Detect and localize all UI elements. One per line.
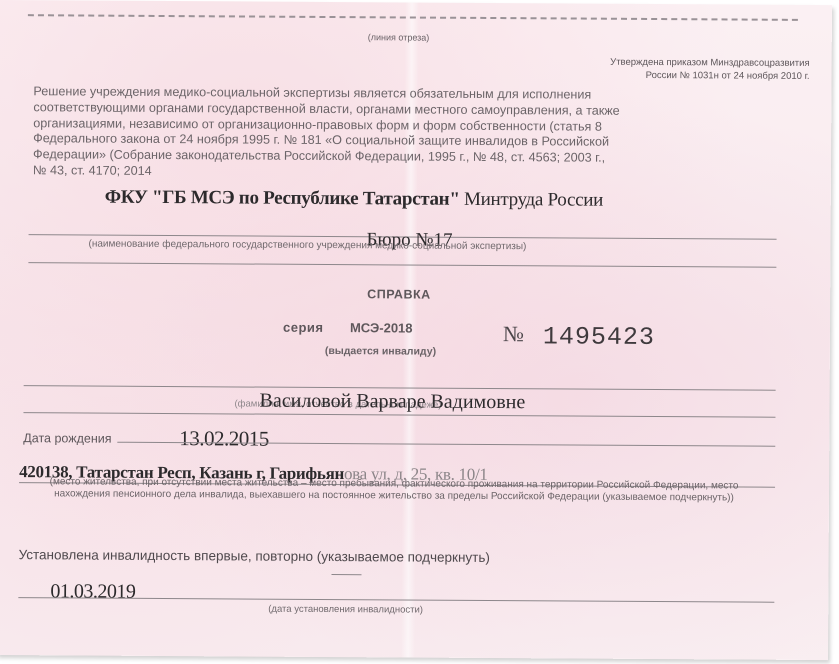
birth-date-value: 13.02.2015: [179, 426, 269, 452]
recipient-full-name: Василовой Варваре Вадимовне: [259, 390, 525, 415]
series-label: серия: [283, 320, 324, 335]
organization-caption: (наименование федерального государственн…: [88, 239, 526, 253]
disability-date-caption: (дата установления инвалидности): [268, 604, 423, 616]
organization-name: ФКУ "ГБ МСЭ по Республике Татарстан" Мин…: [105, 187, 603, 212]
disability-certificate: (линия отреза) Утверждена приказом Минзд…: [0, 0, 832, 660]
address-caption: (место жительства, при отсутствии места …: [49, 476, 739, 503]
disability-established-text: Установлена инвалидность впервые, повтор…: [19, 547, 490, 565]
organization-name-main: ФКУ "ГБ МСЭ по Республике Татарстан": [105, 187, 460, 210]
underline-mark: [331, 574, 361, 575]
approval-note: Утверждена приказом Минздравсоцразвития …: [610, 56, 810, 83]
issued-to-note: (выдается инвалиду): [325, 345, 436, 358]
cut-line-caption: (линия отреза): [368, 32, 430, 42]
disability-date-value: 01.03.2019: [50, 580, 135, 604]
certificate-number: 1495423: [543, 322, 655, 352]
number-sign: №: [503, 321, 524, 347]
legal-line: № 43, ст. 4170; 2014: [33, 163, 793, 183]
organization-name-tail: Минтруда России: [460, 189, 604, 211]
birth-date-label: Дата рождения: [23, 431, 111, 446]
approval-line-2: России № 1031н от 24 ноября 2010 г.: [610, 69, 810, 83]
certificate-title: СПРАВКА: [367, 287, 431, 301]
approval-line-1: Утверждена приказом Минздравсоцразвития: [610, 56, 810, 70]
legal-notice: Решение учреждения медико-социальной экс…: [33, 84, 794, 183]
series-value: МСЭ-2018: [350, 320, 413, 335]
